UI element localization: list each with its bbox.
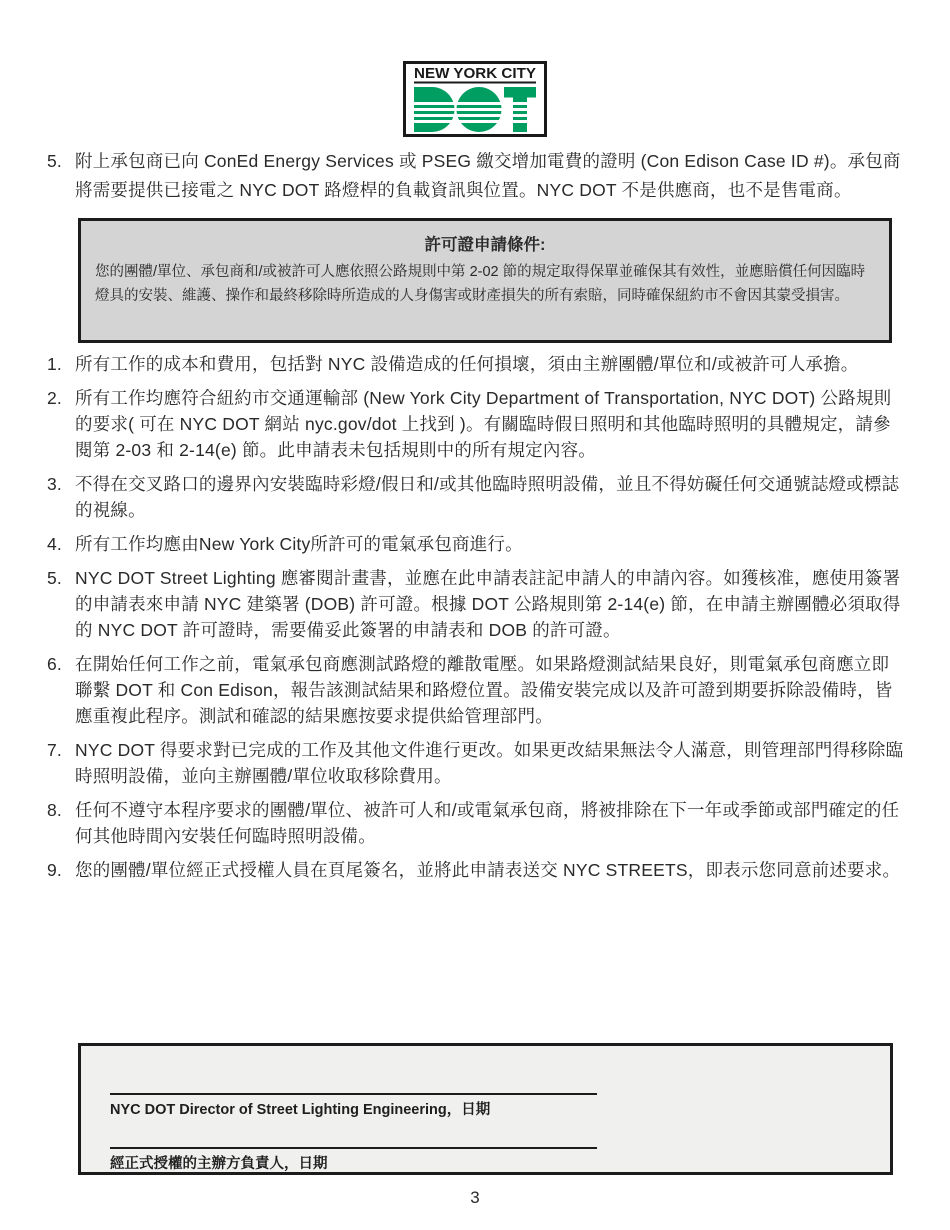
intro-item-number: 5.	[47, 147, 75, 204]
item-number: 8.	[47, 797, 75, 849]
signature-label-dot-director: NYC DOT Director of Street Lighting Engi…	[110, 1098, 490, 1119]
signature-line-authorized-sponsor	[110, 1147, 597, 1149]
item-text: NYC DOT Street Lighting 應審閱計畫書，並應在此申請表註記…	[75, 565, 905, 643]
item-number: 7.	[47, 737, 75, 789]
item-text: 您的團體/單位經正式授權人員在頁尾簽名，並將此申請表送交 NYC STREETS…	[75, 857, 905, 883]
item-text: 所有工作的成本和費用，包括對 NYC 設備造成的任何損壞，須由主辦團體/單位和/…	[75, 351, 905, 377]
item-text: 所有工作均應符合紐約市交通運輸部 (New York City Departme…	[75, 385, 905, 463]
conditions-body: 您的團體/單位、承包商和/或被許可人應依照公路規則中第 2-02 節的規定取得保…	[95, 261, 875, 308]
nyc-dot-logo-icon: NEW YORK CITY	[403, 61, 547, 137]
signature-box: NYC DOT Director of Street Lighting Engi…	[78, 1043, 893, 1175]
signature-line-dot-director	[110, 1093, 597, 1095]
list-item: 5. NYC DOT Street Lighting 應審閱計畫書，並應在此申請…	[47, 565, 905, 643]
logo-title-text: NEW YORK CITY	[414, 66, 536, 82]
item-text: 任何不遵守本程序要求的團體/單位、被許可人和/或電氣承包商，將被排除在下一年或季…	[75, 797, 905, 849]
item-number: 4.	[47, 531, 75, 557]
list-item: 1. 所有工作的成本和費用，包括對 NYC 設備造成的任何損壞，須由主辦團體/單…	[47, 351, 905, 377]
list-item: 2. 所有工作均應符合紐約市交通運輸部 (New York City Depar…	[47, 385, 905, 463]
signature-label-authorized-sponsor: 經正式授權的主辦方負責人，日期	[110, 1152, 328, 1173]
item-number: 1.	[47, 351, 75, 377]
item-number: 3.	[47, 471, 75, 523]
item-text: 不得在交叉路口的邊界內安裝臨時彩燈/假日和/或其他臨時照明設備，並且不得妨礙任何…	[75, 471, 905, 523]
item-text: 所有工作均應由New York City所許可的電氣承包商進行。	[75, 531, 905, 557]
item-number: 9.	[47, 857, 75, 883]
item-number: 5.	[47, 565, 75, 643]
list-item: 9. 您的團體/單位經正式授權人員在頁尾簽名，並將此申請表送交 NYC STRE…	[47, 857, 905, 883]
item-number: 6.	[47, 651, 75, 729]
item-number: 2.	[47, 385, 75, 463]
conditions-title: 許可證申請條件:	[95, 231, 875, 255]
intro-item-text: 附上承包商已向 ConEd Energy Services 或 PSEG 繳交增…	[75, 147, 905, 204]
requirements-list: 1. 所有工作的成本和費用，包括對 NYC 設備造成的任何損壞，須由主辦團體/單…	[47, 351, 905, 891]
list-item: 8. 任何不遵守本程序要求的團體/單位、被許可人和/或電氣承包商，將被排除在下一…	[47, 797, 905, 849]
item-text: NYC DOT 得要求對已完成的工作及其他文件進行更改。如果更改結果無法令人滿意…	[75, 737, 905, 789]
list-item: 6. 在開始任何工作之前，電氣承包商應測試路燈的離散電壓。如果路燈測試結果良好，…	[47, 651, 905, 729]
list-item: 3. 不得在交叉路口的邊界內安裝臨時彩燈/假日和/或其他臨時照明設備，並且不得妨…	[47, 471, 905, 523]
dot-logo-svg: NEW YORK CITY	[403, 61, 547, 137]
document-page: NEW YORK CITY 5. 附上承包商已向 ConEd Energy Se…	[0, 0, 950, 1230]
intro-item: 5. 附上承包商已向 ConEd Energy Services 或 PSEG …	[47, 147, 905, 204]
conditions-box: 許可證申請條件: 您的團體/單位、承包商和/或被許可人應依照公路規則中第 2-0…	[78, 218, 892, 343]
list-item: 4. 所有工作均應由New York City所許可的電氣承包商進行。	[47, 531, 905, 557]
list-item: 7. NYC DOT 得要求對已完成的工作及其他文件進行更改。如果更改結果無法令…	[47, 737, 905, 789]
item-text: 在開始任何工作之前，電氣承包商應測試路燈的離散電壓。如果路燈測試結果良好，則電氣…	[75, 651, 905, 729]
page-number: 3	[0, 1188, 950, 1208]
